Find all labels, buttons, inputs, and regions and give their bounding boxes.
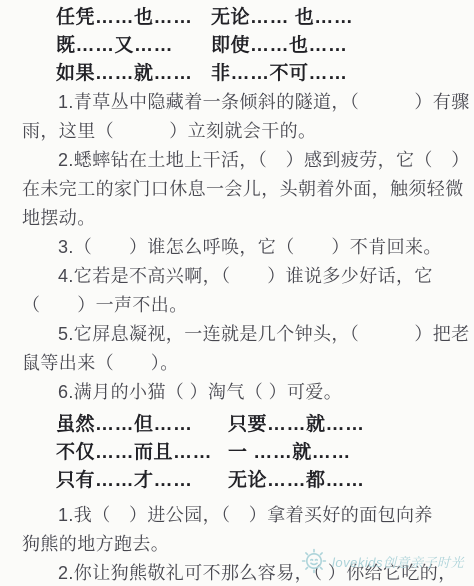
conjunction-pair: 不仅……而且……: [56, 439, 228, 467]
conjunction-row: 任凭……也…… 无论…… 也……: [22, 4, 470, 32]
exercise-line: 2.你让狗熊敬礼可不那么容易，（ ）你给它吃的，: [22, 559, 470, 586]
exercise-line: 2.蟋蟀钻在土地上干活，（ ）感到疲劳，它（ ）: [22, 146, 470, 175]
exercise-line: 雨，这里（ ）立刻就会干的。: [22, 117, 470, 146]
conjunction-bank-top: 任凭……也…… 无论…… 也…… 既……又…… 即使……也…… 如果……就…… …: [22, 4, 470, 88]
conjunction-pair: 既……又……: [56, 32, 211, 60]
exercise-line: 狗熊的地方跑去。: [22, 530, 470, 559]
exercise-line: 地摆动。: [22, 204, 470, 233]
exercise-group-bottom: 1.我（ ）进公园，（ ）拿着买好的面包向养 狗熊的地方跑去。 2.你让狗熊敬礼…: [22, 501, 470, 586]
conjunction-pair: 无论……都……: [228, 467, 470, 495]
exercise-line: 3.（ ）谁怎么呼唤，它（ ）不肯回来。: [22, 233, 470, 262]
conjunction-row: 只有……才…… 无论……都……: [22, 467, 470, 495]
exercise-line: 4.它若是不高兴啊，（ ）谁说多少好话，它: [22, 262, 470, 291]
conjunction-pair: 即使……也……: [211, 32, 470, 60]
conjunction-pair: 如果……就……: [56, 60, 211, 88]
conjunction-pair: 只要……就……: [228, 411, 470, 439]
conjunction-pair: 无论…… 也……: [211, 4, 470, 32]
conjunction-pair: 非……不可……: [211, 60, 470, 88]
exercise-line: 在未完工的家门口休息一会儿，头朝着外面，触须轻微: [22, 175, 470, 204]
conjunction-row: 既……又…… 即使……也……: [22, 32, 470, 60]
exercise-line: 鼠等出来（ ）。: [22, 349, 470, 378]
conjunction-pair: 一 ……就……: [228, 439, 470, 467]
exercise-line: 1.青草丛中隐藏着一条倾斜的隧道，（ ）有骤: [22, 88, 470, 117]
conjunction-row: 如果……就…… 非……不可……: [22, 60, 470, 88]
conjunction-bank-bottom: 虽然……但…… 只要……就…… 不仅……而且…… 一 ……就…… 只有……才………: [22, 411, 470, 495]
conjunction-pair: 虽然……但……: [56, 411, 228, 439]
exercise-line: （ ）一声不出。: [22, 291, 470, 320]
conjunction-pair: 只有……才……: [56, 467, 228, 495]
exercise-line: 1.我（ ）进公园，（ ）拿着买好的面包向养: [22, 501, 470, 530]
conjunction-row: 虽然……但…… 只要……就……: [22, 411, 470, 439]
exercise-line: 5.它屏息凝视，一连就是几个钟头，（ ）把老: [22, 320, 470, 349]
exercise-line: 6.满月的小猫（ ）淘气（ ）可爱。: [22, 378, 470, 407]
conjunction-row: 不仅……而且…… 一 ……就……: [22, 439, 470, 467]
exercise-group-top: 1.青草丛中隐藏着一条倾斜的隧道，（ ）有骤 雨，这里（ ）立刻就会干的。 2.…: [22, 88, 470, 407]
conjunction-pair: 任凭……也……: [56, 4, 211, 32]
worksheet-page: 任凭……也…… 无论…… 也…… 既……又…… 即使……也…… 如果……就…… …: [0, 0, 474, 586]
